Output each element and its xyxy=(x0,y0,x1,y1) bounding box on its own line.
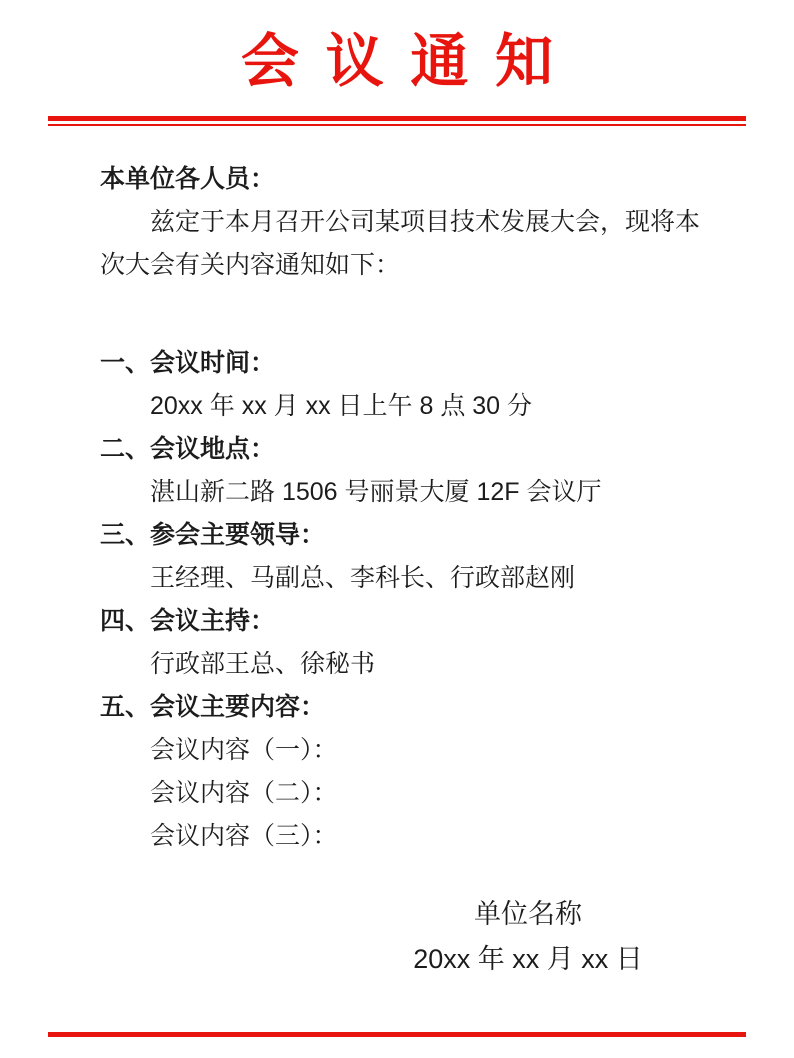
document-title: 会议通知 xyxy=(0,24,794,99)
section-content-time: 20xx 年 xx 月 xx 日上午 8 点 30 分 xyxy=(100,385,704,428)
title-divider xyxy=(48,116,746,126)
title-divider-thick-line xyxy=(48,116,746,121)
agenda-item-2: 会议内容（二）： xyxy=(100,772,704,815)
agenda-item-1: 会议内容（一）： xyxy=(100,729,704,772)
title-divider-thin-line xyxy=(48,124,746,126)
document-title-text: 会议通知 xyxy=(241,29,580,94)
meeting-notice-page: 会议通知 本单位各人员： 兹定于本月召开公司某项目技术发展大会，现将本次大会有关… xyxy=(0,0,794,1058)
signature-org-name: 单位名称 xyxy=(398,892,658,937)
bottom-divider xyxy=(48,1032,746,1037)
spacer xyxy=(100,287,704,342)
intro-paragraph: 兹定于本月召开公司某项目技术发展大会，现将本次大会有关内容通知如下： xyxy=(100,201,704,287)
section-heading-host: 四、会议主持： xyxy=(100,600,704,643)
section-heading-leaders: 三、参会主要领导： xyxy=(100,514,704,557)
section-content-host: 行政部王总、徐秘书 xyxy=(100,643,704,686)
signature-date: 20xx 年 xx 月 xx 日 xyxy=(398,937,658,982)
section-heading-agenda: 五、会议主要内容： xyxy=(100,686,704,729)
section-content-location: 湛山新二路 1506 号丽景大厦 12F 会议厅 xyxy=(100,471,704,514)
agenda-item-3: 会议内容（三）： xyxy=(100,815,704,858)
signature-block: 单位名称 20xx 年 xx 月 xx 日 xyxy=(398,892,658,982)
section-heading-time: 一、会议时间： xyxy=(100,342,704,385)
salutation: 本单位各人员： xyxy=(100,158,704,201)
section-content-leaders: 王经理、马副总、李科长、行政部赵刚 xyxy=(100,557,704,600)
section-heading-location: 二、会议地点： xyxy=(100,428,704,471)
notice-body: 本单位各人员： 兹定于本月召开公司某项目技术发展大会，现将本次大会有关内容通知如… xyxy=(100,158,704,982)
